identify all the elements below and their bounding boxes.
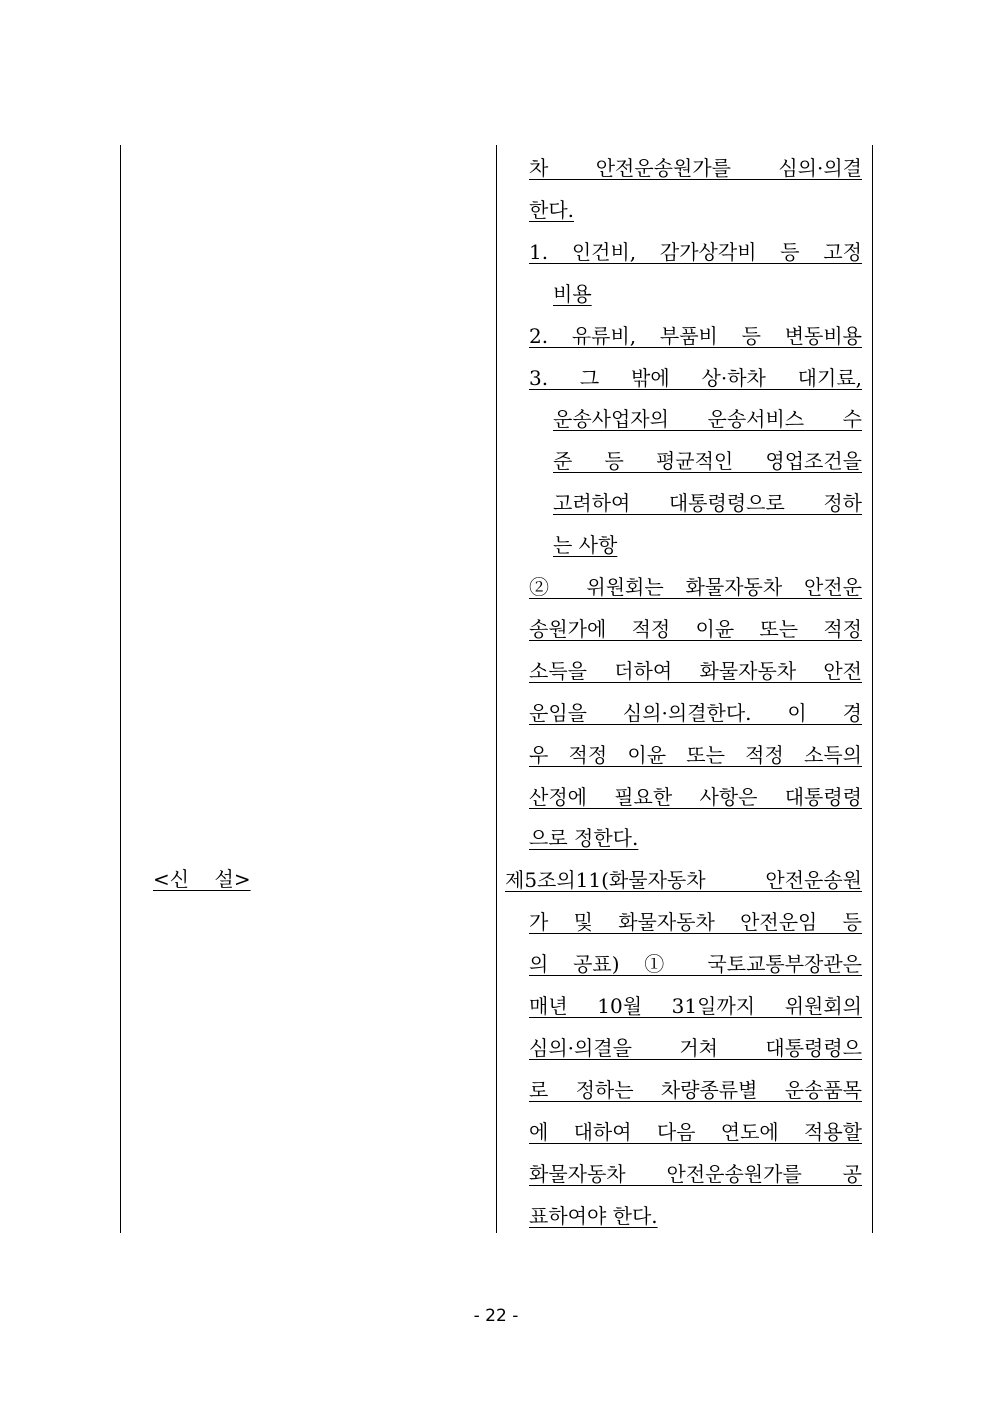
- document-line: 고려하여 대통령령으로 정하: [553, 491, 862, 515]
- document-line: 2. 유류비, 부품비 등 변동비용: [529, 324, 862, 348]
- document-line: 3. 그 밖에 상·하차 대기료,: [529, 366, 862, 390]
- document-line: 에 대하여 다음 연도에 적용할: [529, 1120, 862, 1144]
- document-line: 로 정하는 차량종류별 운송품목: [529, 1078, 862, 1102]
- document-line: ② 위원회는 화물자동차 안전운: [529, 575, 862, 599]
- document-line: 는 사항: [553, 533, 617, 557]
- document-line: 화물자동차 안전운송원가를 공: [529, 1162, 862, 1186]
- document-line: 한다.: [529, 198, 574, 222]
- amended-law-column: 차 안전운송원가를 심의·의결한다.1. 인건비, 감가상각비 등 고정비용2.…: [497, 145, 872, 1233]
- document-line: 의 공표) ① 국토교통부장관은: [529, 952, 862, 976]
- document-line: 비용: [553, 282, 592, 306]
- page-number: - 22 -: [0, 1306, 992, 1326]
- document-line: 준 등 평균적인 영업조건을: [553, 449, 862, 473]
- table-border-right: [872, 145, 873, 1233]
- document-line: 심의·의결을 거쳐 대통령령으: [529, 1036, 862, 1060]
- document-line: 운송사업자의 운송서비스 수: [553, 407, 862, 431]
- current-law-column: <신 설>: [121, 145, 496, 1233]
- document-line: 매년 10월 31일까지 위원회의: [529, 994, 862, 1018]
- document-line: 1. 인건비, 감가상각비 등 고정: [529, 240, 862, 264]
- document-line: 우 적정 이윤 또는 적정 소득의: [529, 743, 862, 767]
- document-line: 산정에 필요한 사항은 대통령령: [529, 785, 862, 809]
- new-provision-marker: <신 설>: [153, 867, 251, 891]
- document-line: 제5조의11(화물자동차 안전운송원: [505, 868, 862, 892]
- document-line: 차 안전운송원가를 심의·의결: [529, 156, 862, 180]
- document-line: 송원가에 적정 이윤 또는 적정: [529, 617, 862, 641]
- document-line: 표하여야 한다.: [529, 1204, 658, 1228]
- document-line: 운임을 심의·의결한다. 이 경: [529, 701, 862, 725]
- document-line: 가 및 화물자동차 안전운임 등: [529, 910, 862, 934]
- document-line: 으로 정한다.: [529, 826, 638, 850]
- document-line: 소득을 더하여 화물자동차 안전: [529, 659, 862, 683]
